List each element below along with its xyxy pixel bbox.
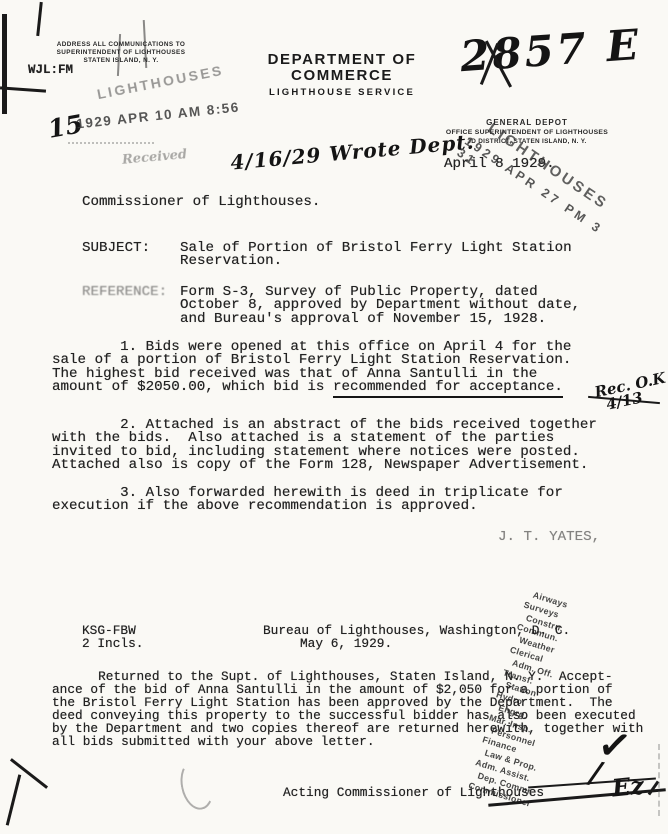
inclosures: 2 Incls. <box>82 637 143 650</box>
addressee-line: Commissioner of Lighthouses. <box>82 196 320 210</box>
body-line: amount of $2050.00, which bid is recomme… <box>52 381 563 395</box>
scan-edge-mark <box>2 14 7 114</box>
endorsement-line: all bids submitted with your above lette… <box>52 735 375 748</box>
right-office-line: OFFICE SUPERINTENDENT OF LIGHTHOUSES <box>420 128 634 137</box>
reference-label: REFERENCE: <box>82 286 167 300</box>
scanned-letter-page: ADDRESS ALL COMMUNICATIONS TO SUPERINTEN… <box>0 0 668 834</box>
received-word-stamp: Received <box>121 147 187 168</box>
handwritten-initials: Ez <box>611 770 646 802</box>
letterhead-address: ADDRESS ALL COMMUNICATIONS TO SUPERINTEN… <box>52 41 190 65</box>
service-title: LIGHTHOUSE SERVICE <box>230 87 454 99</box>
dotted-line <box>68 142 154 144</box>
department-title: DEPARTMENT OF COMMERCE <box>230 52 454 84</box>
pencil-cross-mark <box>36 2 43 36</box>
received-datetime-stamp: 1929 APR 10 AM 8:56 <box>76 99 241 131</box>
typist-initials: WJL:FM <box>28 64 73 78</box>
underlined-phrase: recommended for acceptance. <box>333 379 563 398</box>
department-header: DEPARTMENT OF COMMERCE LIGHTHOUSE SERVIC… <box>230 52 454 99</box>
signature-typed: J. T. YATES, <box>498 531 600 545</box>
subject-line: Reservation. <box>180 255 282 269</box>
letterhead-address-line: SUPERINTENDENT OF LIGHTHOUSES <box>52 49 190 57</box>
pencil-arc-mark <box>176 757 218 813</box>
pencil-x-mark <box>6 774 21 825</box>
body-line: execution if the above recommendation is… <box>52 500 478 514</box>
body-line: Attached also is copy of the Form 128, N… <box>52 459 588 473</box>
edge-dash-marks <box>658 744 660 816</box>
endorsement-date: May 6, 1929. <box>300 637 392 650</box>
lighthouses-stamp-left: LIGHTHOUSES <box>96 62 225 102</box>
reference-line: and Bureau's approval of November 15, 19… <box>180 313 546 327</box>
body-line-prefix: amount of $2050.00, which bid is <box>52 379 333 395</box>
subject-label: SUBJECT: <box>82 242 150 256</box>
right-office-line: GENERAL DEPOT <box>420 118 634 128</box>
letterhead-address-line: ADDRESS ALL COMMUNICATIONS TO <box>52 41 190 49</box>
